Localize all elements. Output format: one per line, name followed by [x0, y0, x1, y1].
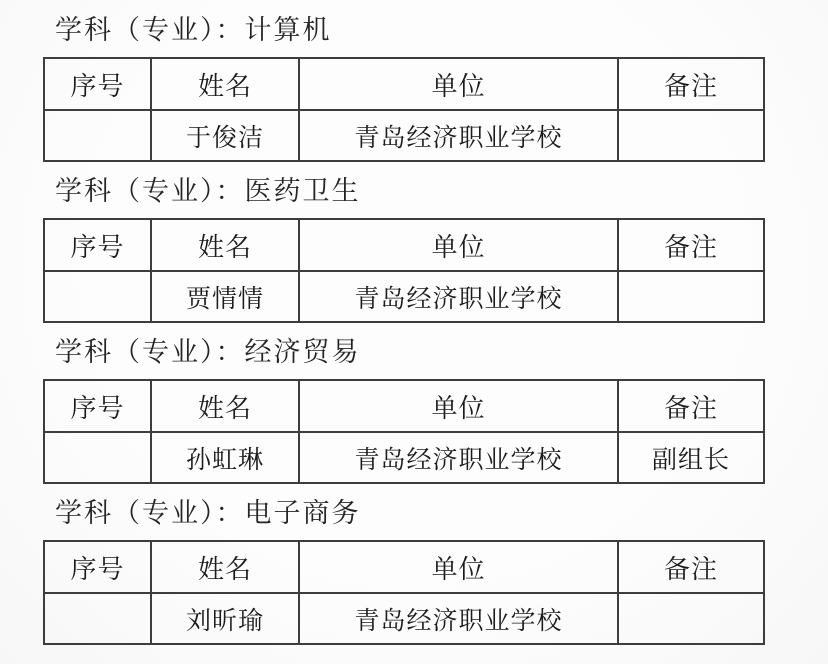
header-cell-name: 姓名 [151, 380, 299, 432]
header-cell-no: 序号 [44, 219, 151, 271]
roster-table: 序号 姓名 单位 备注 刘昕瑜 青岛经济职业学校 [43, 540, 765, 645]
cell-name: 孙虹琳 [151, 432, 299, 483]
document-page: 学科（专业）：计算机 序号 姓名 单位 备注 于俊洁 青岛经济职业学校 [0, 0, 828, 664]
cell-no [44, 432, 151, 483]
table-header-row: 序号 姓名 单位 备注 [44, 219, 764, 271]
section-title: 学科（专业）：计算机 [43, 14, 828, 46]
table-row: 孙虹琳 青岛经济职业学校 副组长 [44, 432, 764, 483]
cell-note [618, 271, 764, 322]
cell-no [44, 593, 151, 644]
table-header-row: 序号 姓名 单位 备注 [44, 58, 764, 110]
section-title: 学科（专业）：经济贸易 [43, 336, 828, 368]
header-cell-note: 备注 [618, 58, 764, 110]
header-cell-no: 序号 [44, 380, 151, 432]
cell-note [618, 593, 764, 644]
cell-name: 贾情情 [151, 271, 299, 322]
header-cell-unit: 单位 [299, 541, 618, 593]
section-title: 学科（专业）：医药卫生 [43, 175, 828, 207]
header-cell-note: 备注 [618, 380, 764, 432]
cell-no [44, 110, 151, 161]
cell-unit: 青岛经济职业学校 [299, 593, 618, 644]
section-ecommerce: 学科（专业）：电子商务 序号 姓名 单位 备注 刘昕瑜 青岛经济职业学校 [43, 497, 828, 645]
cell-no [44, 271, 151, 322]
header-cell-name: 姓名 [151, 58, 299, 110]
header-cell-note: 备注 [618, 541, 764, 593]
section-title: 学科（专业）：电子商务 [43, 497, 828, 529]
roster-table: 序号 姓名 单位 备注 孙虹琳 青岛经济职业学校 副组长 [43, 379, 765, 484]
table-row: 于俊洁 青岛经济职业学校 [44, 110, 764, 161]
section-medical: 学科（专业）：医药卫生 序号 姓名 单位 备注 贾情情 青岛经济职业学校 [43, 175, 828, 323]
cell-note [618, 110, 764, 161]
header-cell-note: 备注 [618, 219, 764, 271]
header-cell-no: 序号 [44, 58, 151, 110]
table-header-row: 序号 姓名 单位 备注 [44, 380, 764, 432]
roster-table: 序号 姓名 单位 备注 贾情情 青岛经济职业学校 [43, 218, 765, 323]
cell-name: 于俊洁 [151, 110, 299, 161]
section-trade: 学科（专业）：经济贸易 序号 姓名 单位 备注 孙虹琳 青岛经济职业学校 副组长 [43, 336, 828, 484]
header-cell-no: 序号 [44, 541, 151, 593]
cell-note: 副组长 [618, 432, 764, 483]
table-header-row: 序号 姓名 单位 备注 [44, 541, 764, 593]
cell-unit: 青岛经济职业学校 [299, 432, 618, 483]
header-cell-unit: 单位 [299, 58, 618, 110]
table-row: 贾情情 青岛经济职业学校 [44, 271, 764, 322]
header-cell-unit: 单位 [299, 380, 618, 432]
roster-table: 序号 姓名 单位 备注 于俊洁 青岛经济职业学校 [43, 57, 765, 162]
cell-unit: 青岛经济职业学校 [299, 110, 618, 161]
header-cell-unit: 单位 [299, 219, 618, 271]
header-cell-name: 姓名 [151, 219, 299, 271]
header-cell-name: 姓名 [151, 541, 299, 593]
cell-unit: 青岛经济职业学校 [299, 271, 618, 322]
cell-name: 刘昕瑜 [151, 593, 299, 644]
section-computer: 学科（专业）：计算机 序号 姓名 单位 备注 于俊洁 青岛经济职业学校 [43, 14, 828, 162]
table-row: 刘昕瑜 青岛经济职业学校 [44, 593, 764, 644]
